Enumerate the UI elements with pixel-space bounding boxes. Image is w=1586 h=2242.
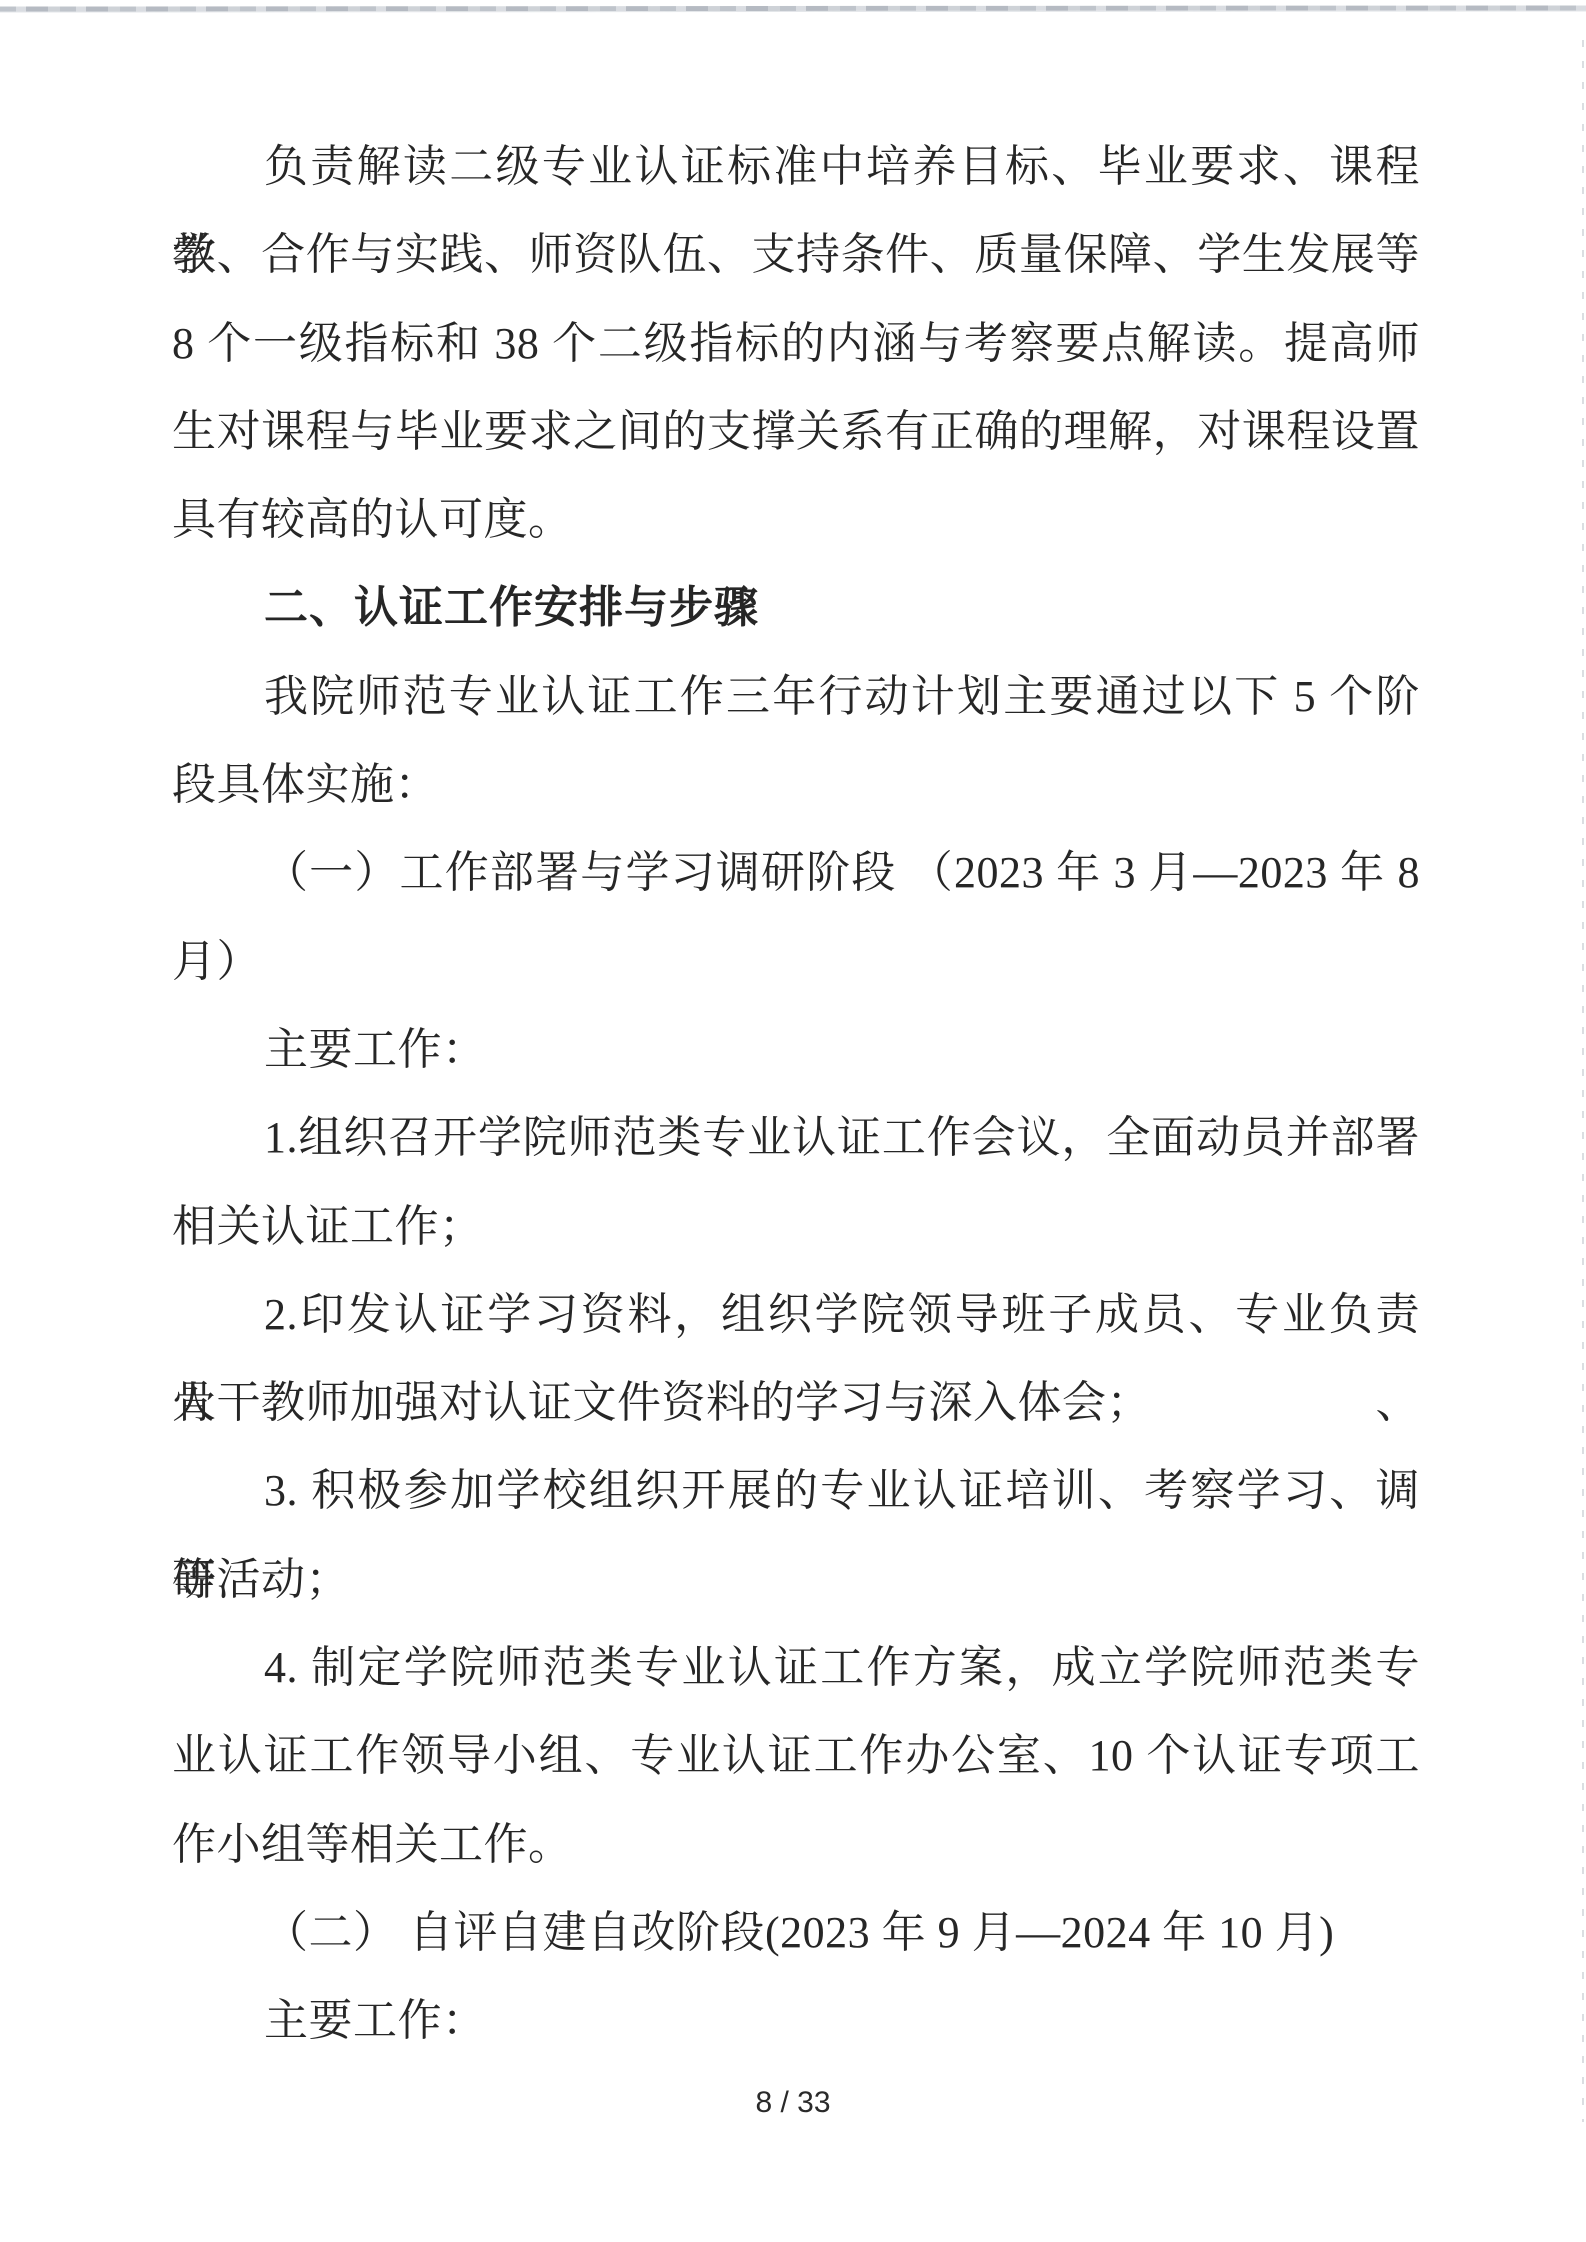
text-line: 作小组等相关工作。 <box>172 1801 1420 1889</box>
text-line: 我院师范专业认证工作三年行动计划主要通过以下 5 个阶 <box>172 653 1420 741</box>
text-line: 1.组织召开学院师范类专业认证工作会议，全面动员并部署 <box>172 1094 1420 1182</box>
text-line: 生对课程与毕业要求之间的支撑关系有正确的理解，对课程设置 <box>172 388 1420 476</box>
text-line: 具有较高的认可度。 <box>172 476 1420 564</box>
text-line: 月） <box>172 918 1420 1006</box>
text-line: 4. 制定学院师范类专业认证工作方案，成立学院师范类专 <box>172 1624 1420 1712</box>
text-line: 负责解读二级专业认证标准中培养目标、毕业要求、课程教 <box>172 123 1420 211</box>
text-line: （一）工作部署与学习调研阶段 （2023 年 3 月—2023 年 8 <box>172 829 1420 917</box>
text-line: 等活动； <box>172 1536 1420 1624</box>
document-body: 负责解读二级专业认证标准中培养目标、毕业要求、课程教学、合作与实践、师资队伍、支… <box>172 123 1420 2066</box>
scan-artifact-top-edge <box>0 5 1586 11</box>
document-page: 负责解读二级专业认证标准中培养目标、毕业要求、课程教学、合作与实践、师资队伍、支… <box>0 0 1586 2242</box>
text-line: 业认证工作领导小组、专业认证工作办公室、10 个认证专项工 <box>172 1712 1420 1800</box>
page-number: 8 / 33 <box>0 2086 1586 2120</box>
text-line: 段具体实施： <box>172 741 1420 829</box>
text-line: 8 个一级指标和 38 个二级指标的内涵与考察要点解读。提高师 <box>172 300 1420 388</box>
text-line: 3. 积极参加学校组织开展的专业认证培训、考察学习、调研 <box>172 1447 1420 1535</box>
text-line: 2.印发认证学习资料，组织学院领导班子成员、专业负责人、 <box>172 1271 1420 1359</box>
text-line: 相关认证工作； <box>172 1183 1420 1271</box>
text-line: 学、合作与实践、师资队伍、支持条件、质量保障、学生发展等 <box>172 211 1420 299</box>
text-line: 主要工作： <box>172 1006 1420 1094</box>
text-line: 二、认证工作安排与步骤 <box>172 564 1420 652</box>
scan-artifact-right-edge <box>1582 40 1584 2122</box>
text-line: （二） 自评自建自改阶段(2023 年 9 月—2024 年 10 月) <box>172 1889 1420 1977</box>
text-line: 主要工作： <box>172 1977 1420 2065</box>
